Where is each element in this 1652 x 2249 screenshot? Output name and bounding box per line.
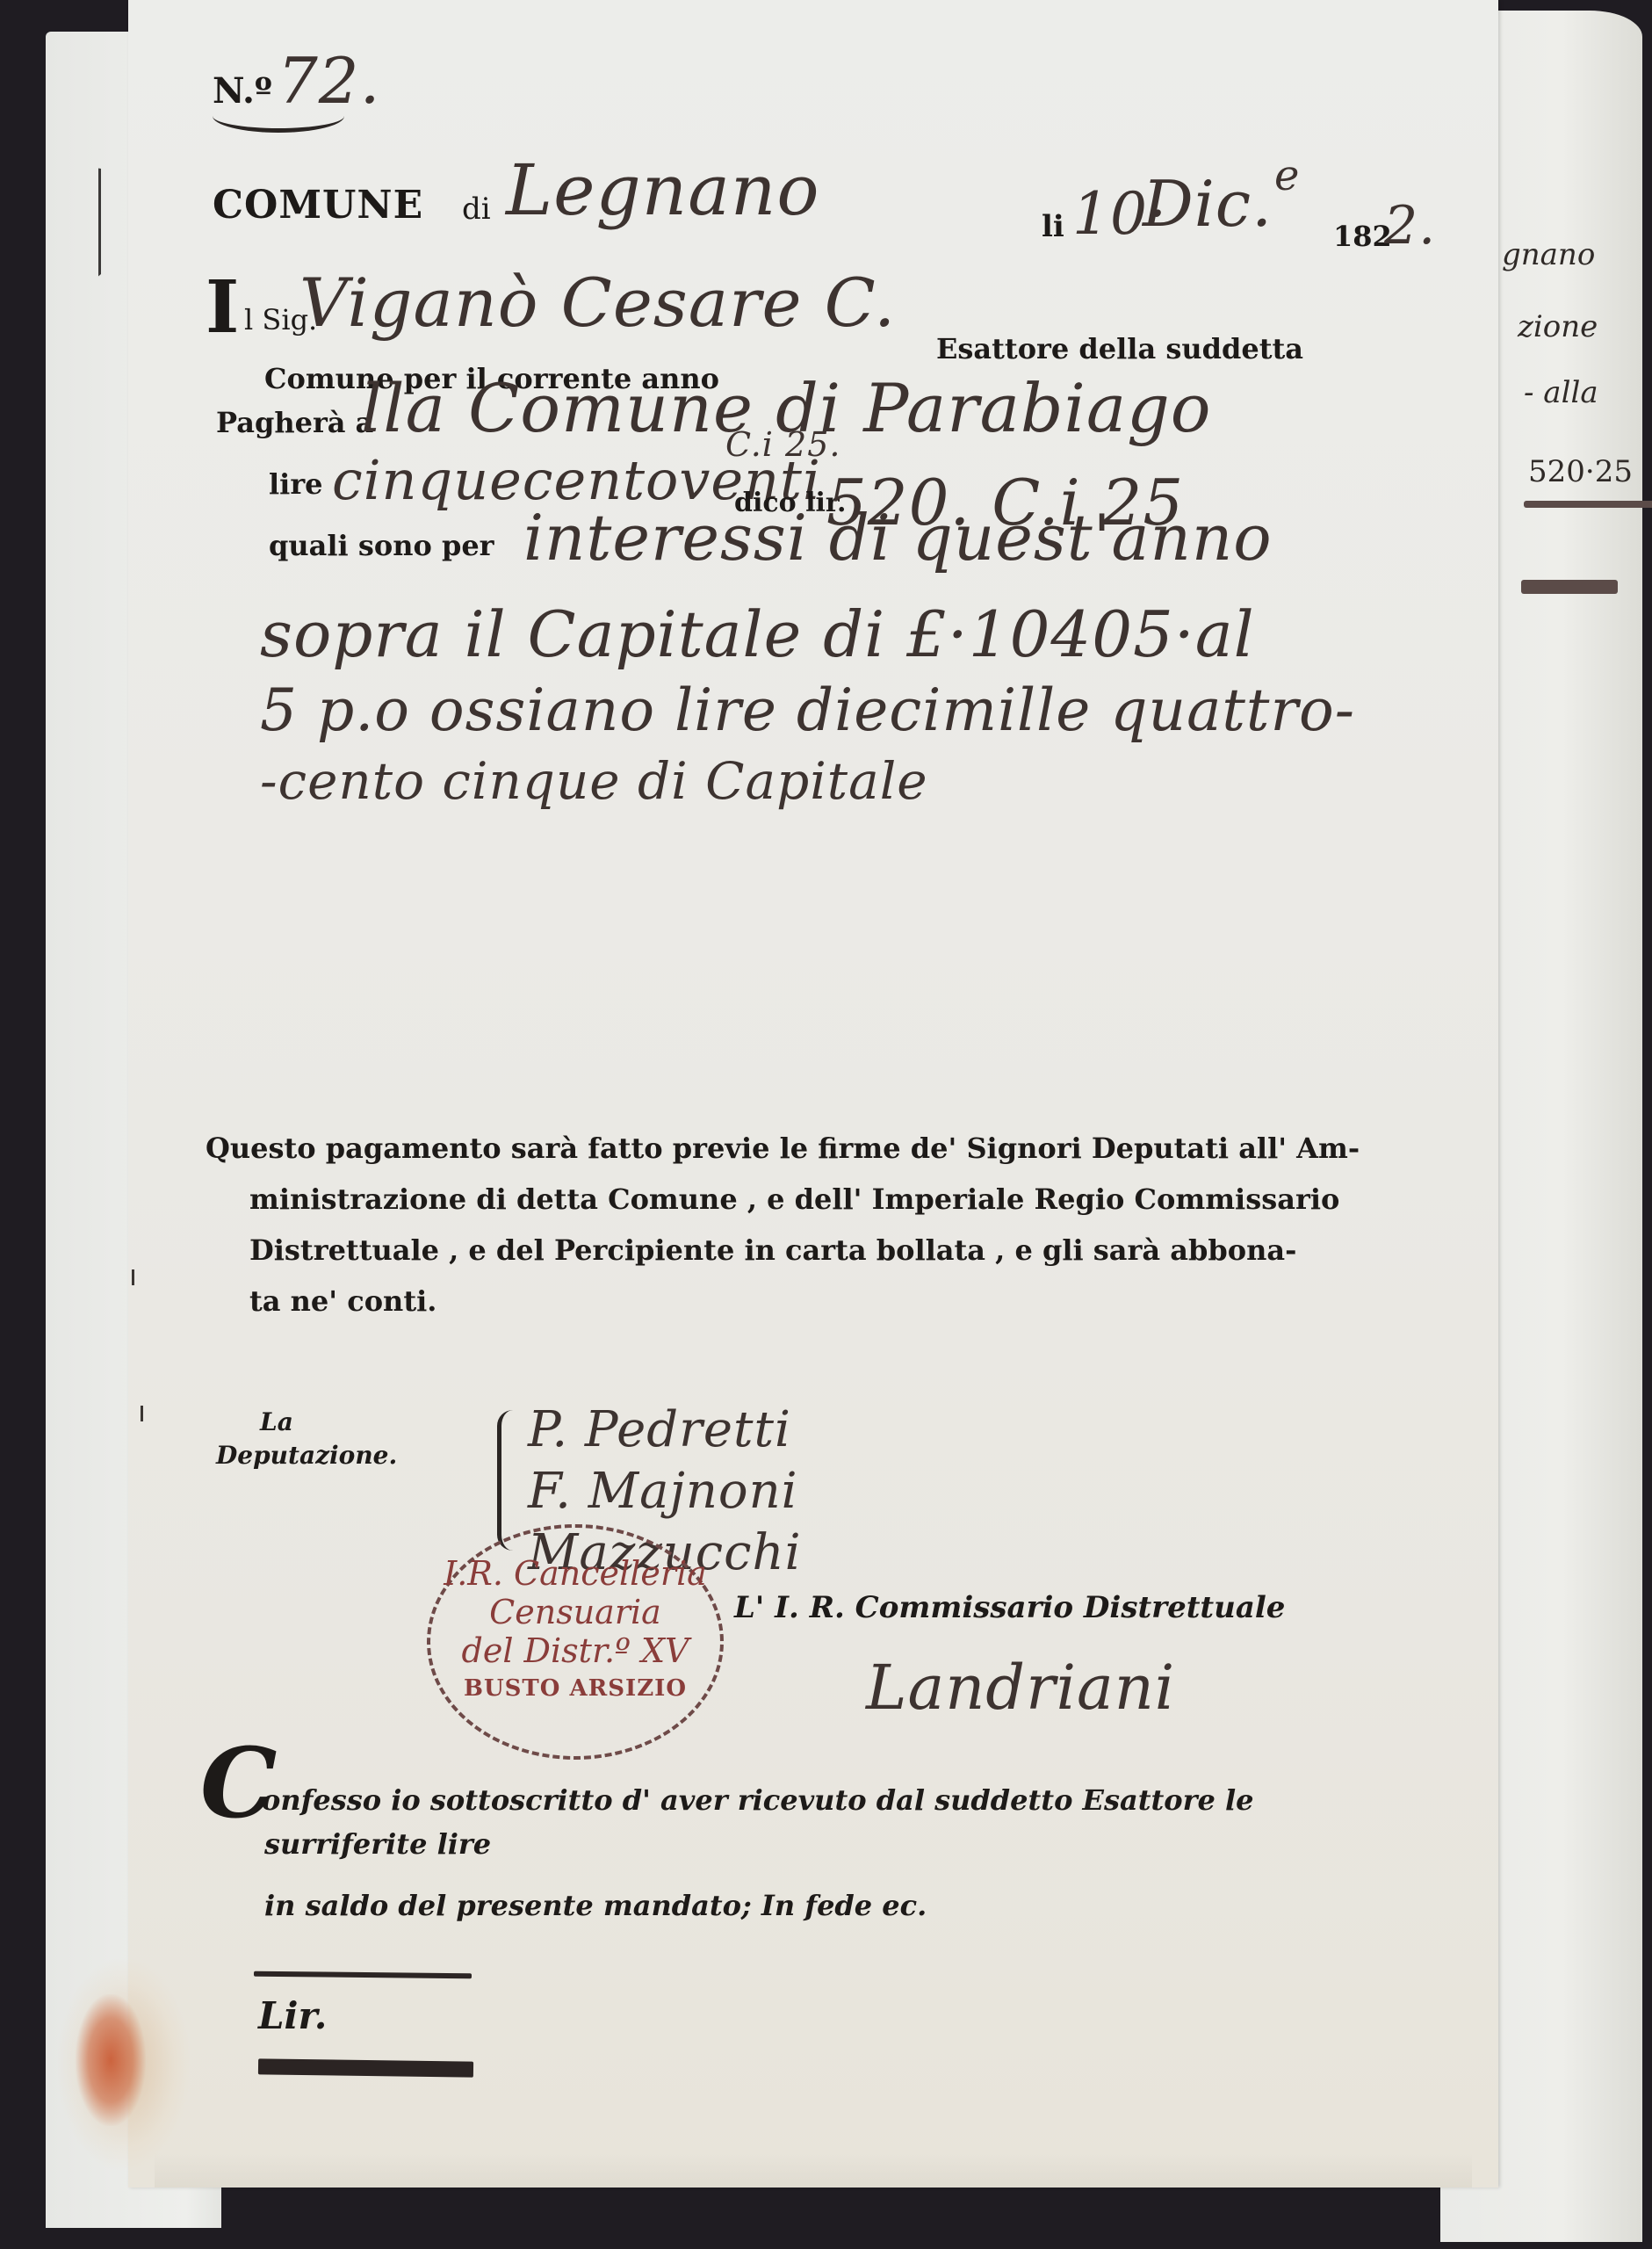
stamp-line-2: Censuaria	[430, 1593, 720, 1631]
back-fragment-2: zione	[1518, 309, 1598, 344]
deputazione-la: La	[260, 1407, 293, 1436]
comune-value: Legnano	[506, 149, 820, 231]
stamp-city: BUSTO ARSIZIO	[430, 1675, 720, 1702]
purpose-label: quali sono per	[269, 529, 494, 562]
conditions-paragraph: Questo pagamento sarà fatto previe le fi…	[206, 1123, 1295, 1327]
payment-order-sheet: N.º 72. COMUNE di Legnano li 10· Dic. e …	[128, 0, 1498, 2188]
payer-name: Viganò Cesare C.	[299, 264, 896, 342]
purpose-line-2: sopra il Capitale di £·10405·al	[260, 597, 1255, 671]
date-year-printed: 182	[1333, 220, 1392, 253]
footer-rule-bottom	[258, 2058, 473, 2077]
stamp-line-3: del Distr.º XV	[430, 1631, 720, 1670]
fold-mark	[98, 141, 131, 276]
number-label: N.º	[213, 70, 272, 112]
footer-rule-top	[254, 1971, 472, 1979]
stamp-line-1: I.R. Cancelleria	[430, 1554, 720, 1593]
receipt-line-2: surriferite lire	[264, 1827, 491, 1861]
payee-label: Pagherà a	[216, 406, 373, 439]
deputy-signature-1: P. Pedretti	[528, 1401, 791, 1458]
paper-edge	[155, 2152, 1472, 2188]
number-value: 72.	[278, 44, 381, 118]
receipt-line-1: onfesso io sottoscritto d' aver ricevuto…	[262, 1783, 1253, 1817]
purpose-line-1: interessi di quest'anno	[523, 501, 1273, 575]
back-fragment-amount: 520·25	[1528, 454, 1633, 489]
back-rule-2	[1521, 580, 1618, 594]
margin-mark	[141, 1406, 143, 1421]
lire-label: lire	[269, 467, 323, 501]
conditions-line-2: ministrazione di detta Comune , e dell' …	[206, 1174, 1295, 1225]
cents-superscript: C.i 25.	[725, 425, 840, 464]
payer-initial-capital: I	[206, 265, 239, 350]
commissario-signature: Landriani	[866, 1652, 1175, 1724]
receipt-line-3: in saldo del presente mandato; In fede e…	[264, 1889, 927, 1922]
number-brace-ornament	[213, 116, 344, 133]
back-rule-1	[1524, 501, 1652, 508]
margin-mark	[132, 1269, 134, 1285]
date-month-superscript: e	[1274, 151, 1300, 200]
date-month: Dic.	[1143, 167, 1273, 241]
conditions-line-1: Questo pagamento sarà fatto previe le fi…	[206, 1123, 1295, 1174]
purpose-line-3: 5 p.o ossiano lire diecimille quattro-	[260, 676, 1355, 744]
red-wax-seal-remnant	[76, 1994, 146, 2126]
date-li: li	[1042, 209, 1064, 244]
official-stamp: I.R. Cancelleria Censuaria del Distr.º X…	[427, 1524, 724, 1760]
purpose-line-4: -cento cinque di Capitale	[260, 751, 928, 811]
deputazione-brace	[497, 1410, 526, 1551]
back-fragment-3: - alla	[1524, 375, 1598, 410]
conditions-line-4: ta ne' conti.	[206, 1276, 1295, 1327]
deputy-signature-2: F. Majnoni	[528, 1463, 798, 1520]
comune-di: di	[462, 192, 491, 227]
deputazione-label: Deputazione.	[216, 1441, 397, 1470]
comune-label: COMUNE	[213, 183, 423, 228]
conditions-line-3: Distrettuale , e del Percipiente in cart…	[206, 1225, 1295, 1276]
commissario-label: L' I. R. Commissario Distrettuale	[734, 1590, 1285, 1625]
payer-role: Esattore della suddetta	[936, 332, 1303, 365]
lir-label: Lir.	[258, 1994, 327, 2037]
back-fragment-1: gnano	[1502, 237, 1595, 272]
date-year-written: 2.	[1384, 195, 1436, 257]
